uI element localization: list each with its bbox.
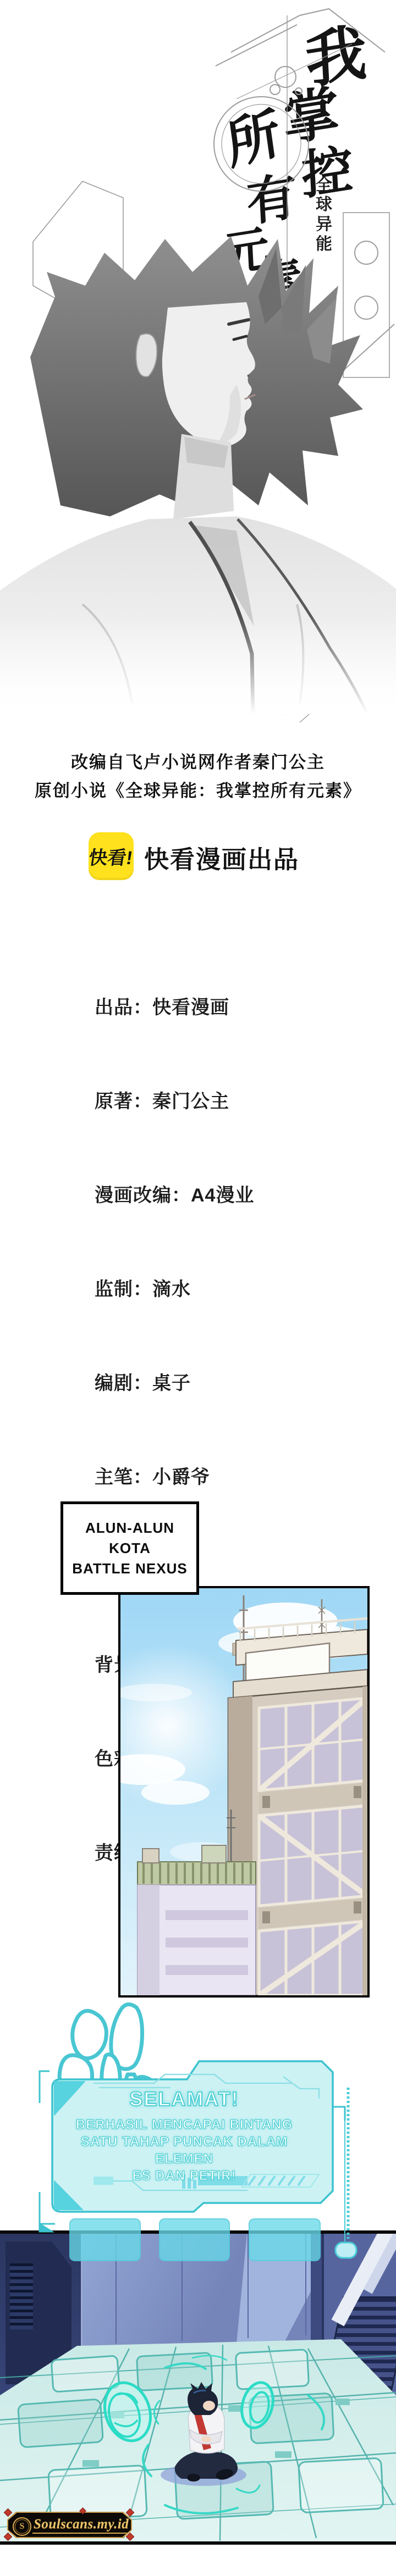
system-message: SELAMAT! BERHASIL MENCAPAI BINTANG SATU …	[55, 2088, 313, 2184]
face	[203, 2401, 215, 2411]
holo-tab	[249, 2218, 321, 2261]
adaptation-line-2: 原创小说《全球异能：我掌控所有元素》	[0, 777, 396, 802]
city-scene-panel	[118, 1586, 370, 1998]
window-bay	[259, 1921, 367, 1995]
character-portrait	[0, 220, 396, 714]
watermark-banner: S Soulscans.my.id	[8, 2513, 131, 2537]
caption-line-1: ALUN-ALUN KOTA	[85, 1520, 174, 1556]
bottom-fade	[0, 615, 396, 714]
roof-box	[142, 1849, 159, 1863]
connector-node	[335, 2243, 356, 2258]
scanlation-watermark: S Soulscans.my.id	[7, 2512, 132, 2538]
hands	[201, 2436, 211, 2443]
tower-right-edge	[362, 1686, 367, 1995]
hand-blob	[73, 2011, 107, 2058]
location-caption-box: ALUN-ALUN KOTA BATTLE NEXUS	[61, 1501, 199, 1595]
shoe	[187, 2474, 200, 2482]
floor-scene	[0, 2230, 396, 2545]
nostril	[248, 375, 250, 377]
production-credit: 快看漫画出品	[144, 839, 386, 875]
system-heading: SELAMAT!	[55, 2088, 313, 2111]
holo-tab	[69, 2218, 141, 2261]
city-scene-art	[120, 1588, 367, 1995]
kuaikan-logo-text: 快看!	[87, 843, 135, 870]
window-bay	[259, 1806, 367, 1906]
emblem-glyph: S	[20, 2522, 25, 2532]
comic-page: 我 掌 控 所 有 元 素 全 球 异 能	[0, 0, 396, 2576]
panel-bottom-border	[0, 2541, 396, 2545]
watermark-site-text: Soulscans.my.id	[32, 2517, 131, 2534]
credit-line: 主笔：小爵爷	[95, 1462, 349, 1493]
credit-line: 编剧：桌子	[95, 1368, 349, 1399]
window-bay	[259, 1698, 367, 1790]
holo-tab	[159, 2218, 230, 2261]
right-connector	[333, 2088, 356, 2258]
system-line: SATU TAHAP PUNCAK DALAM ELEMEN	[55, 2133, 313, 2167]
system-line: ES DAN PETIR!	[55, 2167, 313, 2184]
roof-fence	[137, 1862, 256, 1885]
training-room-panel	[0, 2230, 396, 2545]
system-line: BERHASIL MENCAPAI BINTANG	[55, 2116, 313, 2133]
adaptation-line-1: 改编自飞卢小说网作者秦门公主	[0, 748, 396, 773]
kuaikan-logo-badge: 快看!	[89, 832, 134, 880]
roof-box	[202, 1845, 226, 1863]
credit-line: 原著：秦门公主	[95, 1086, 349, 1117]
credit-line: 漫画改编：A4漫业	[95, 1180, 349, 1211]
caption-line-2: BATTLE NEXUS	[72, 1560, 187, 1577]
credit-line: 监制：滴水	[95, 1274, 349, 1305]
watermark-emblem-icon: S	[13, 2517, 31, 2536]
credit-line: 出品：快看漫画	[95, 992, 349, 1023]
